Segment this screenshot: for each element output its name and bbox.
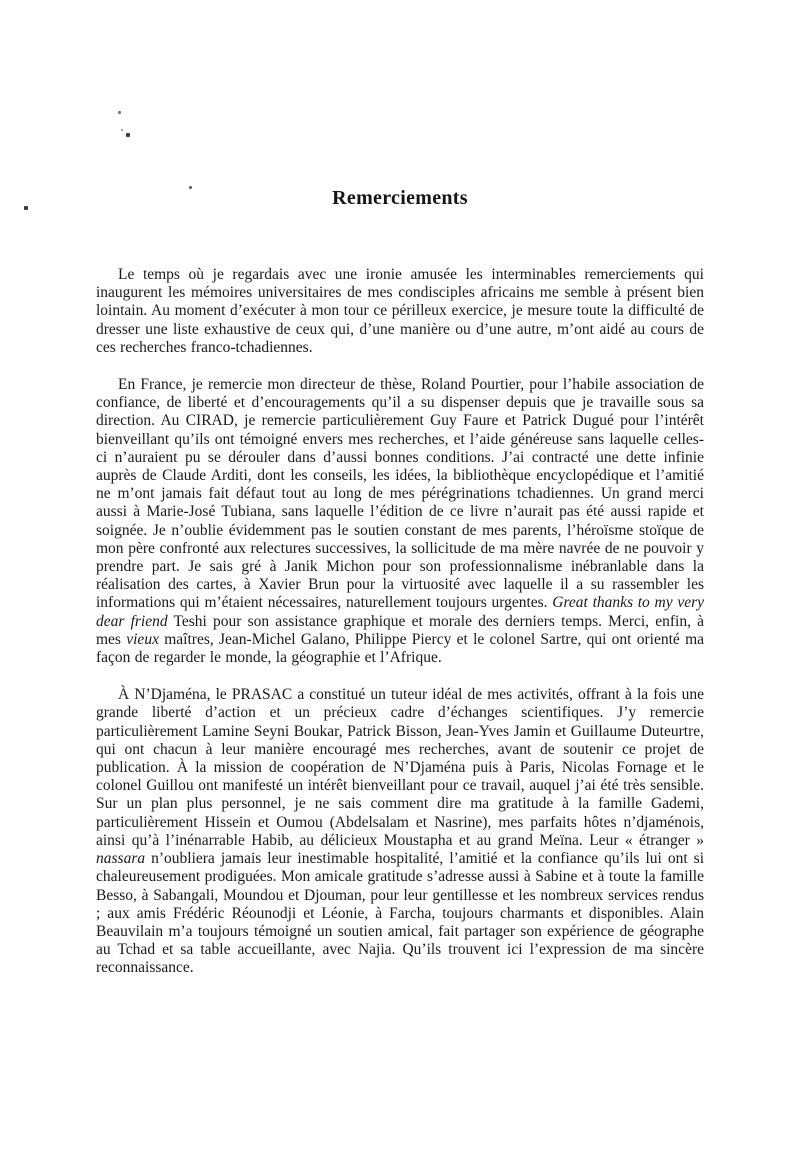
paragraph-1: Le temps où je regardais avec une ironie…: [96, 266, 704, 357]
text-segment-italic: vieux: [126, 631, 159, 648]
text-segment: En France, je remercie mon directeur de …: [96, 376, 704, 611]
text-segment: Le temps où je regardais avec une ironie…: [96, 266, 704, 356]
scan-speck: [118, 111, 121, 114]
scan-speck: [126, 133, 130, 137]
text-segment: n’oubliera jamais leur inestimable hospi…: [96, 850, 704, 976]
text-block: Remerciements Le temps où je regardais a…: [96, 186, 704, 978]
text-segment-italic: nassara: [96, 850, 145, 867]
scan-speck: [24, 206, 28, 210]
text-segment: maîtres, Jean-Michel Galano, Philippe Pi…: [96, 631, 704, 666]
scanned-book-page: Remerciements Le temps où je regardais a…: [0, 0, 800, 1163]
page-title: Remerciements: [96, 186, 704, 210]
paragraph-2: En France, je remercie mon directeur de …: [96, 376, 704, 667]
scan-speck: [121, 129, 123, 131]
acknowledgements-body: Le temps où je regardais avec une ironie…: [96, 266, 704, 978]
paragraph-3: À N’Djaména, le PRASAC a constitué un tu…: [96, 686, 704, 977]
text-segment: À N’Djaména, le PRASAC a constitué un tu…: [96, 686, 704, 849]
